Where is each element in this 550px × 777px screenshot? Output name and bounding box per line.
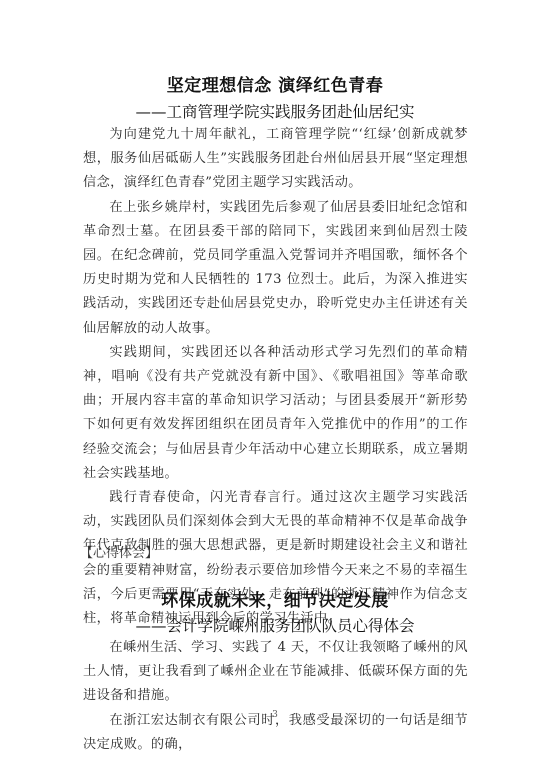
article-2-title: 环保成就未来，细节决定发展	[0, 586, 550, 611]
section-label: 【心得体会】	[80, 542, 158, 561]
document-page: 坚定理想信念 演绎红色青春 ——工商管理学院实践服务团赴仙居纪实 为向建党九十周…	[0, 0, 550, 777]
article-1-title: 坚定理想信念 演绎红色青春	[0, 71, 550, 96]
article-2-subtitle: ——会计学院嵊州服务团队队员心得体会	[0, 614, 550, 636]
article-2-paragraph: 在嵊州生活、学习、实践了 4 天，不仅让我领略了嵊州的风土人情，更让我看到了嵊州…	[83, 636, 468, 709]
article-1-paragraph: 在上张乡姚岸村，实践团先后参观了仙居县委旧址纪念馆和革命烈士墓。在团县委干部的陪…	[83, 196, 468, 341]
article-1-paragraph: 为向建党九十周年献礼，工商管理学院“‘红绿’创新成就梦想，服务仙居砥砺人生”实践…	[83, 123, 468, 196]
page-number: 3	[0, 710, 550, 720]
article-1-subtitle: ——工商管理学院实践服务团赴仙居纪实	[0, 100, 550, 122]
article-2-body: 在嵊州生活、学习、实践了 4 天，不仅让我领略了嵊州的风土人情，更让我看到了嵊州…	[83, 636, 468, 757]
article-1-paragraph: 实践期间，实践团还以各种活动形式学习先烈们的革命精神，唱响《没有共产党就没有新中…	[83, 341, 468, 486]
